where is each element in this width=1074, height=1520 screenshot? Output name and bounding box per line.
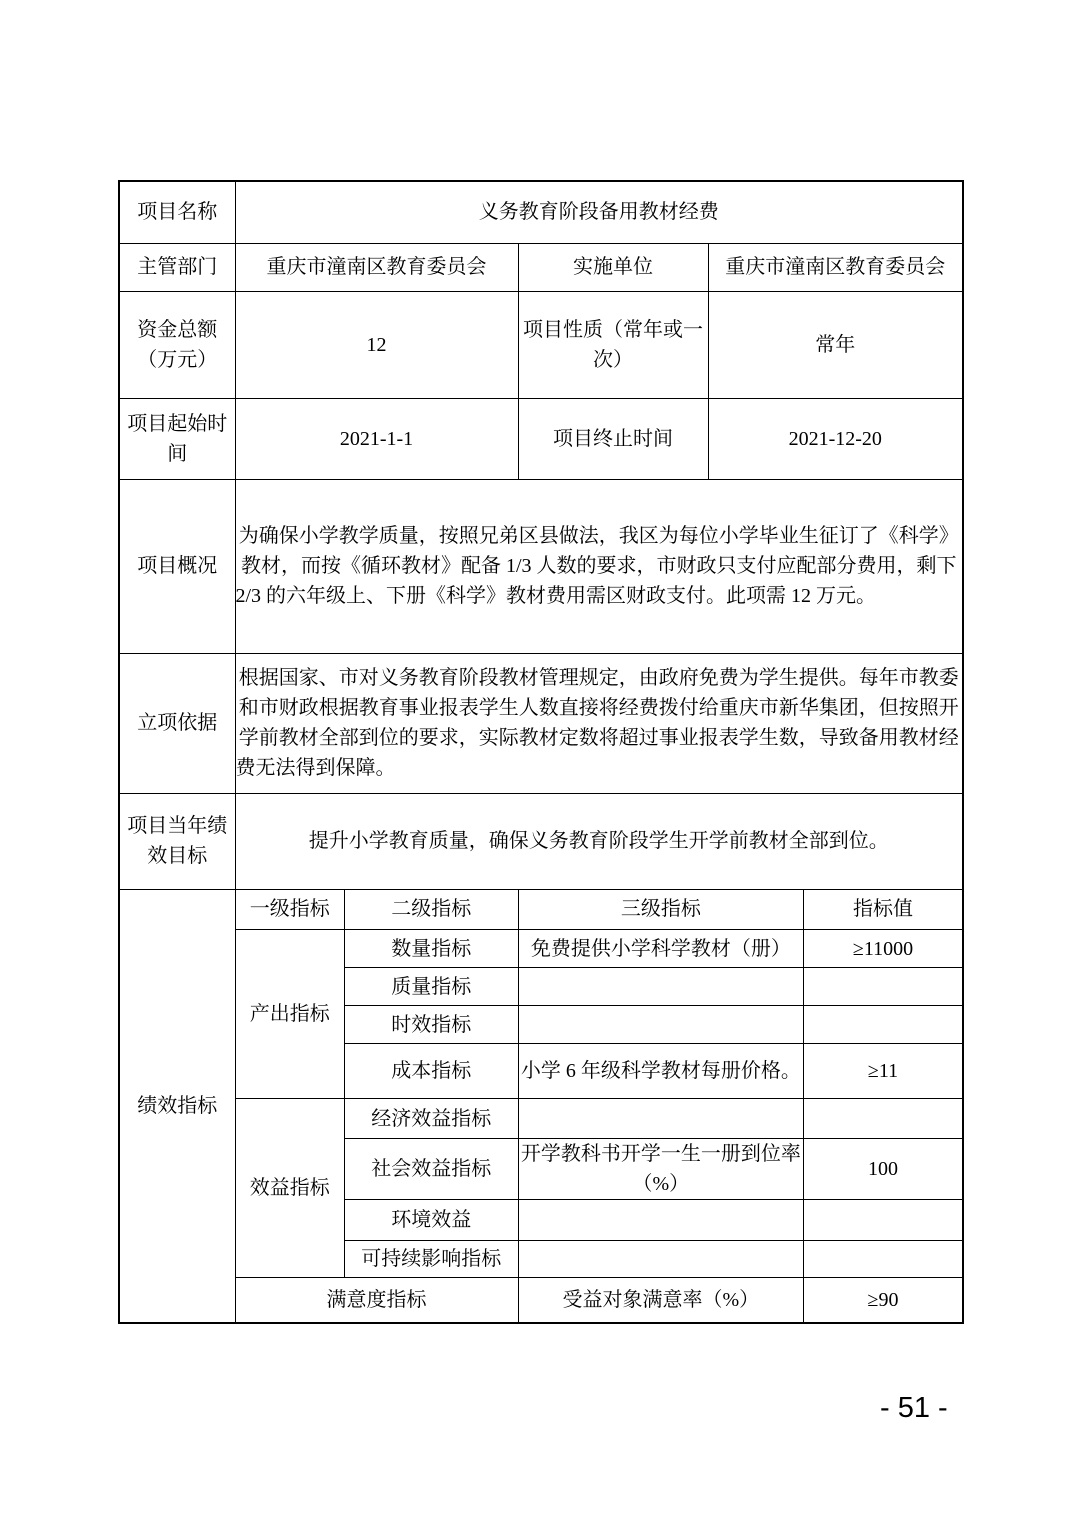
row-cost: 成本指标 小学 6 年级科学教材每册价格。 ≥11 [236,1044,963,1099]
row-quality: 质量指标 [236,968,963,1006]
quantity-level3: 免费提供小学科学教材（册） [518,930,804,968]
environment-level2: 环境效益 [344,1200,518,1241]
implementer-label: 实施单位 [518,243,708,291]
goal-label: 项目当年绩效目标 [119,793,235,889]
quality-value [804,968,962,1006]
row-goal: 项目当年绩效目标 提升小学教育质量，确保义务教育阶段学生开学前教材全部到位。 [119,793,963,889]
basis-label: 立项依据 [119,653,235,793]
end-date-value: 2021-12-20 [708,398,963,479]
performance-label: 绩效指标 [119,889,235,1323]
social-value: 100 [804,1139,962,1200]
start-date-label: 项目起始时间 [119,398,235,479]
header-level1: 一级指标 [236,890,345,930]
sustainability-value [804,1241,962,1278]
header-level2: 二级指标 [344,890,518,930]
row-timeliness: 时效指标 [236,1006,963,1044]
department-value: 重庆市潼南区教育委员会 [235,243,518,291]
timeliness-value [804,1006,962,1044]
implementer-value: 重庆市潼南区教育委员会 [708,243,963,291]
nature-label: 项目性质（常年或一次） [518,291,708,398]
document-page: 项目名称 义务教育阶段备用教材经费 主管部门 重庆市潼南区教育委员会 实施单位 … [0,0,1074,1520]
economic-value [804,1099,962,1139]
indicator-header-row: 一级指标 二级指标 三级指标 指标值 [236,890,963,930]
satisfaction-level3: 受益对象满意率（%） [518,1278,804,1322]
basis-value: 根据国家、市对义务教育阶段教材管理规定，由政府免费为学生提供。每年市教委和市财政… [235,653,963,793]
overview-value: 为确保小学教学质量，按照兄弟区县做法，我区为每位小学毕业生征订了《科学》教材，而… [235,479,963,653]
cost-level3: 小学 6 年级科学教材每册价格。 [518,1044,804,1099]
end-date-label: 项目终止时间 [518,398,708,479]
row-funding: 资金总额（万元） 12 项目性质（常年或一次） 常年 [119,291,963,398]
satisfaction-label: 满意度指标 [236,1278,519,1322]
row-satisfaction: 满意度指标 受益对象满意率（%） ≥90 [236,1278,963,1322]
economic-level2: 经济效益指标 [344,1099,518,1139]
funding-value: 12 [235,291,518,398]
row-economic: 效益指标 经济效益指标 [236,1099,963,1139]
row-basis: 立项依据 根据国家、市对义务教育阶段教材管理规定，由政府免费为学生提供。每年市教… [119,653,963,793]
satisfaction-value: ≥90 [804,1278,962,1322]
project-name-label: 项目名称 [119,181,235,243]
funding-label: 资金总额（万元） [119,291,235,398]
page-number: - 51 - [880,1392,948,1425]
row-quantity: 产出指标 数量指标 免费提供小学科学教材（册） ≥11000 [236,930,963,968]
quality-level2: 质量指标 [344,968,518,1006]
environment-value [804,1200,962,1241]
nature-value: 常年 [708,291,963,398]
row-sustainability: 可持续影响指标 [236,1241,963,1278]
performance-indicator-area: 一级指标 二级指标 三级指标 指标值 产出指标 数量指标 免费提供小学科学教材（… [235,889,963,1323]
social-level3: 开学教科书开学一生一册到位率（%） [518,1139,804,1200]
project-name-value: 义务教育阶段备用教材经费 [235,181,963,243]
environment-level3 [518,1200,804,1241]
overview-label: 项目概况 [119,479,235,653]
quantity-value: ≥11000 [804,930,962,968]
start-date-value: 2021-1-1 [235,398,518,479]
row-departments: 主管部门 重庆市潼南区教育委员会 实施单位 重庆市潼南区教育委员会 [119,243,963,291]
quantity-level2: 数量指标 [344,930,518,968]
output-group-cell: 产出指标 [236,930,345,1099]
department-label: 主管部门 [119,243,235,291]
quality-level3 [518,968,804,1006]
sustainability-level3 [518,1241,804,1278]
goal-value: 提升小学教育质量，确保义务教育阶段学生开学前教材全部到位。 [235,793,963,889]
cost-level2: 成本指标 [344,1044,518,1099]
row-overview: 项目概况 为确保小学教学质量，按照兄弟区县做法，我区为每位小学毕业生征订了《科学… [119,479,963,653]
cost-value: ≥11 [804,1044,962,1099]
timeliness-level2: 时效指标 [344,1006,518,1044]
row-performance: 绩效指标 一级指标 二级指标 三级指标 指标值 [119,889,963,1323]
row-social: 社会效益指标 开学教科书开学一生一册到位率（%） 100 [236,1139,963,1200]
header-value: 指标值 [804,890,962,930]
row-project-name: 项目名称 义务教育阶段备用教材经费 [119,181,963,243]
indicator-table: 一级指标 二级指标 三级指标 指标值 产出指标 数量指标 免费提供小学科学教材（… [236,890,963,1322]
sustainability-level2: 可持续影响指标 [344,1241,518,1278]
timeliness-level3 [518,1006,804,1044]
social-level2: 社会效益指标 [344,1139,518,1200]
header-level3: 三级指标 [518,890,804,930]
benefit-group-cell: 效益指标 [236,1099,345,1278]
economic-level3 [518,1099,804,1139]
row-dates: 项目起始时间 2021-1-1 项目终止时间 2021-12-20 [119,398,963,479]
row-environment: 环境效益 [236,1200,963,1241]
project-performance-table: 项目名称 义务教育阶段备用教材经费 主管部门 重庆市潼南区教育委员会 实施单位 … [118,180,964,1324]
